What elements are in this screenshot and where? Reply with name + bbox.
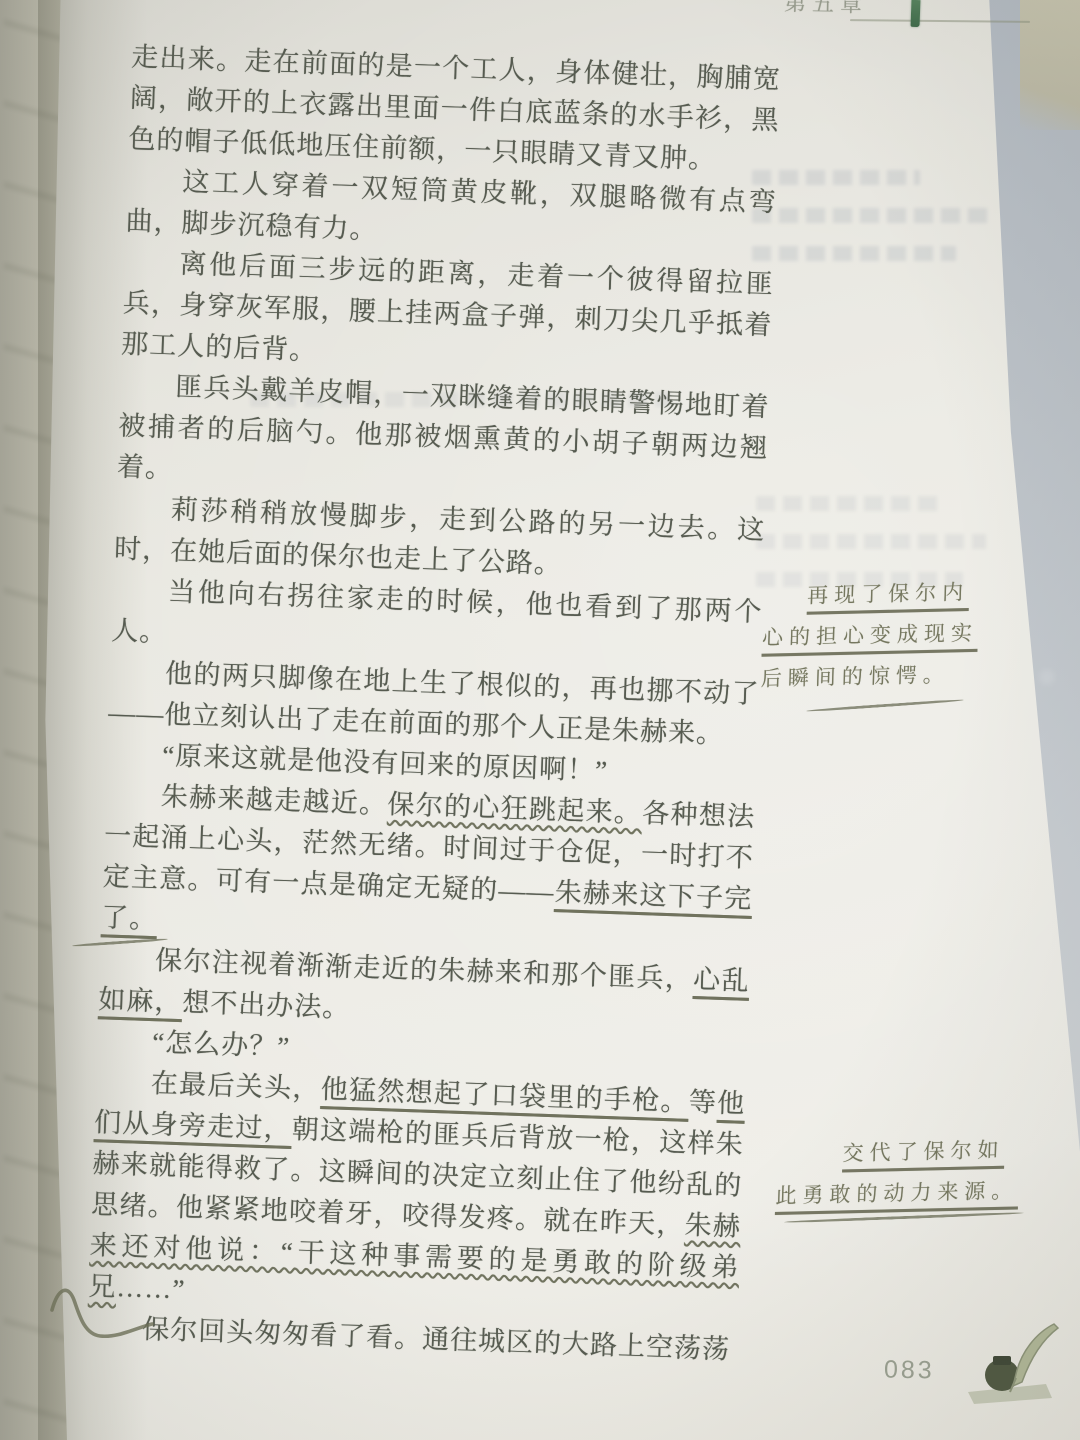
bleed-through-row (752, 246, 956, 261)
text-segment: 在最后关头， (150, 1068, 321, 1104)
text-segment: 想不出办法。 (182, 987, 351, 1023)
bleed-through-row (752, 208, 992, 223)
green-bookmark-icon (911, 0, 921, 27)
chapter-header: 第五章 (784, 0, 869, 19)
bleed-through-row (756, 496, 940, 511)
text-segment: 朱赫来越走越近。 (160, 781, 388, 819)
text-segment: 走出来。走在前面的是一个工人，身体健壮，胸脯宽阔，敞开的上衣露出里面一件白底蓝条… (128, 42, 782, 174)
pen-squiggle-mark (46, 1282, 158, 1346)
text-segment: 他的两只脚像在地上生了根似的，再也挪不动了——他立刻认出了走在前面的那个人正是朱… (108, 658, 760, 749)
pen-underlined-text: 保尔的心狂跳起来。 (387, 789, 643, 828)
margin-note-line: 交代了保尔如 (842, 1129, 1037, 1174)
margin-note-2: 交代了保尔如此勇敢的动力来源。 (775, 1129, 1037, 1217)
paragraph: 走出来。走在前面的是一个工人，身体健壮，胸脯宽阔，敞开的上衣露出里面一件白底蓝条… (128, 37, 782, 183)
paragraph: 离他后面三步远的距离，走着一个彼得留拉匪兵，身穿灰军服，腰上挂两盒子弹，刺刀尖几… (121, 242, 775, 388)
quill-and-inkwell-icon (960, 1320, 1064, 1412)
text-segment: “怎么办？” (152, 1027, 291, 1062)
bleed-through-row (756, 534, 986, 549)
floor-beige-object (1020, 0, 1080, 130)
bleed-through-smudge (752, 170, 992, 284)
margin-note-line: 此勇敢的动力来源。 (775, 1170, 1036, 1217)
text-segment: 莉莎稍稍放慢脚步，走到公路的另一边去。这时，在她后面的保尔也走上了公路。 (114, 494, 766, 579)
paragraph: 在最后关头，他猛然想起了口袋里的手枪。等他们从身旁走过，朝这端枪的匪兵后背放一枪… (88, 1061, 746, 1330)
margin-note-line: 心的担心变成现实 (761, 612, 1002, 658)
paragraph: 朱赫来越走越近。保尔的心狂跳起来。各种想法一起涌上心头，茫然无绪。时间过于仓促，… (101, 774, 756, 961)
margin-note-line: 后瞬间的惊愕。 (760, 653, 1001, 699)
margin-note-line: 再现了保尔内 (807, 571, 1004, 616)
text-segment: 匪兵头戴羊皮帽，一双眯缝着的眼睛警惕地盯着被捕者的后脑勺。他那被烟熏黄的小胡子朝… (117, 372, 771, 484)
text-segment: 离他后面三步远的距离，走着一个彼得留拉匪兵，身穿灰军服，腰上挂两盒子弹，刺刀尖几… (121, 249, 775, 366)
paragraph: 匪兵头戴羊皮帽，一双眯缝着的眼睛警惕地盯着被捕者的后脑勺。他那被烟熏黄的小胡子朝… (116, 365, 770, 511)
book-photo: 第五章 走出来。走在前面的是一个工人，身体健壮，胸脯宽阔，敞开的上衣露出里面一件… (0, 0, 1080, 1440)
text-block: 走出来。走在前面的是一个工人，身体健壮，胸脯宽阔，敞开的上衣露出里面一件白底蓝条… (86, 37, 782, 1379)
text-segment: 这工人穿着一双短筒黄皮靴，双腿略微有点弯曲，脚步沉稳有力。 (125, 167, 777, 245)
page-number: 083 (884, 1356, 935, 1386)
margin-note-1: 再现了保尔内心的担心变成现实后瞬间的惊愕。 (760, 571, 1004, 700)
text-segment: 等 (688, 1087, 717, 1118)
pen-underlined-text: 他猛然想起了口袋里的手枪。 (320, 1074, 689, 1117)
